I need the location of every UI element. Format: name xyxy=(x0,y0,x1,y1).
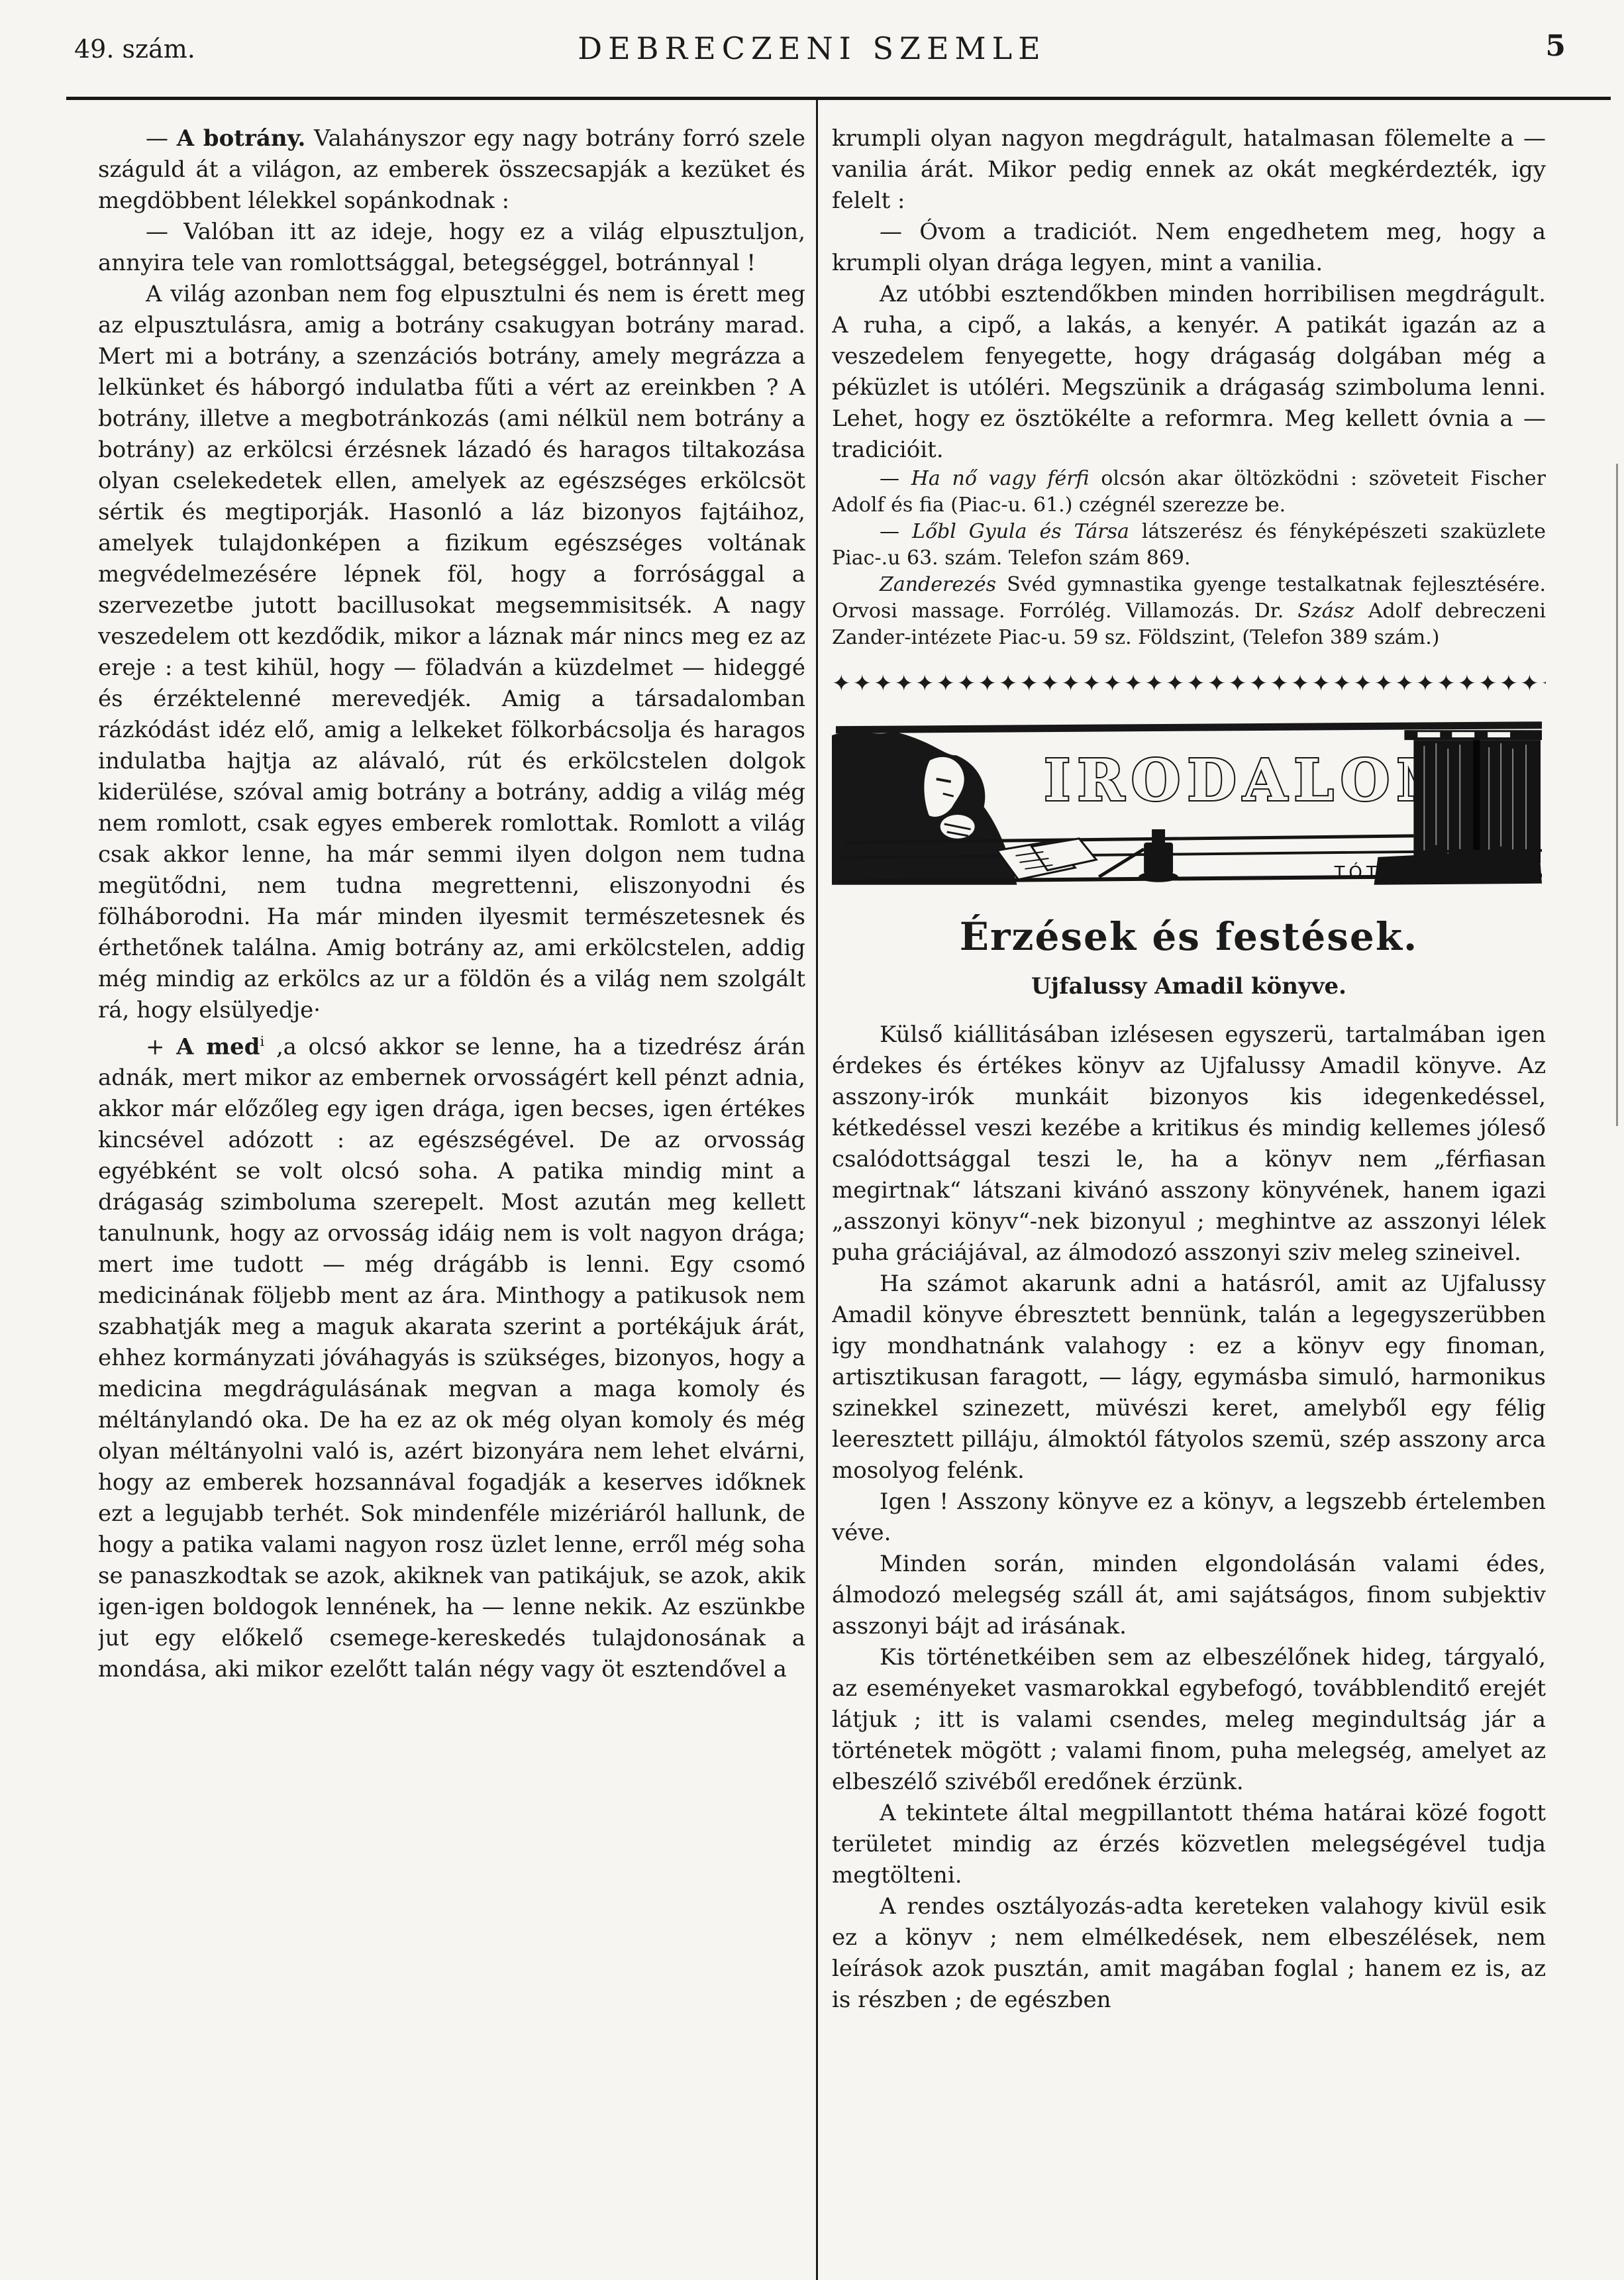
paragraph-medicina-lead: + A medi ‚a olcsó akkor se lenne, ha a t… xyxy=(98,1026,805,1685)
article-paragraph: Igen ! Asszony könyve ez a könyv, a legs… xyxy=(832,1486,1546,1549)
paragraph-botrany-lead: — A botrány. Valahányszor egy nagy botrá… xyxy=(98,123,805,217)
article-paragraph: A tekintete által megpillantott théma ha… xyxy=(832,1798,1546,1891)
article-paragraph: Minden során, minden elgondolásán valami… xyxy=(832,1549,1546,1642)
article-paragraph: Külső kiállitásában izlésesen egyszerü, … xyxy=(832,1019,1546,1269)
scan-edge-line xyxy=(1616,464,1618,1126)
classified-ad: — Ha nő vagy férfi olcsón akar öltözködn… xyxy=(832,466,1546,519)
artist-signature: TÓTH xyxy=(1334,862,1398,883)
article-paragraph: Kis történetkéiben sem az elbeszélőnek h… xyxy=(832,1642,1546,1798)
ad-emphasis: Szász xyxy=(1297,599,1354,623)
bookcase xyxy=(1404,730,1542,863)
left-column: — A botrány. Valahányszor egy nagy botrá… xyxy=(98,123,805,2236)
ad-emphasis: Ha nő vagy férfi xyxy=(911,467,1090,490)
paragraph-text: ‚a olcsó akkor se lenne, ha a tizedrész … xyxy=(98,1033,805,1683)
header-rule xyxy=(66,97,1611,100)
page-number: 5 xyxy=(1545,29,1566,63)
paragraph-lead-bold: A botrány. xyxy=(177,125,306,152)
paragraph: A világ azonban nem fog elpusztulni és n… xyxy=(98,279,805,1026)
classified-ad: — Lőbl Gyula és Társa látszerész és fény… xyxy=(832,519,1546,572)
article-paragraph: A rendes osztályozás-adta kereteken vala… xyxy=(832,1891,1546,2016)
paragraph: — Valóban itt az ideje, hogy ez a világ … xyxy=(98,217,805,279)
paragraph: Az utóbbi esztendőkben minden horribilis… xyxy=(832,279,1546,466)
article-title: Érzések és festések. xyxy=(832,921,1546,953)
irodalom-banner-text: IRODALOM xyxy=(1044,747,1466,814)
right-column: krumpli olyan nagyon megdrágult, hatalma… xyxy=(832,123,1546,2236)
ad-emphasis: Lőbl Gyula és Társa xyxy=(912,520,1129,543)
paragraph-lead-bold: A med xyxy=(176,1033,260,1060)
pen-icon xyxy=(1099,849,1144,877)
plus-mark: + xyxy=(146,1033,176,1060)
classified-ad: Zanderezés Svéd gymnastika gyenge testal… xyxy=(832,572,1546,651)
newspaper-page: 49. szám. DEBRECZENI SZEMLE 5 — A botrán… xyxy=(0,0,1624,2280)
paragraph: — Óvom a tradiciót. Nem engedhetem meg, … xyxy=(832,217,1546,279)
column-divider xyxy=(816,99,818,2280)
writer-figure xyxy=(832,731,1017,885)
article-subtitle: Ujfalussy Amadil könyve. xyxy=(832,971,1546,1002)
masthead-title: DEBRECZENI SZEMLE xyxy=(0,30,1624,66)
paragraph: krumpli olyan nagyon megdrágult, hatalma… xyxy=(832,123,1546,217)
irodalom-illustration: IRODALOM xyxy=(832,719,1546,885)
ornament-divider-row: ✦✦✦✦✦✦✦✦✦✦✦✦✦✦✦✦✦✦✦✦✦✦✦✦✦✦✦✦✦✦✦✦✦✦✦✦✦✦✦✦… xyxy=(832,668,1546,700)
article-paragraph: Ha számot akarunk adni a hatásról, amit … xyxy=(832,1269,1546,1486)
ad-emphasis: Zanderezés xyxy=(880,573,996,596)
em-dash: — xyxy=(146,125,177,152)
books-stack xyxy=(1374,849,1542,885)
